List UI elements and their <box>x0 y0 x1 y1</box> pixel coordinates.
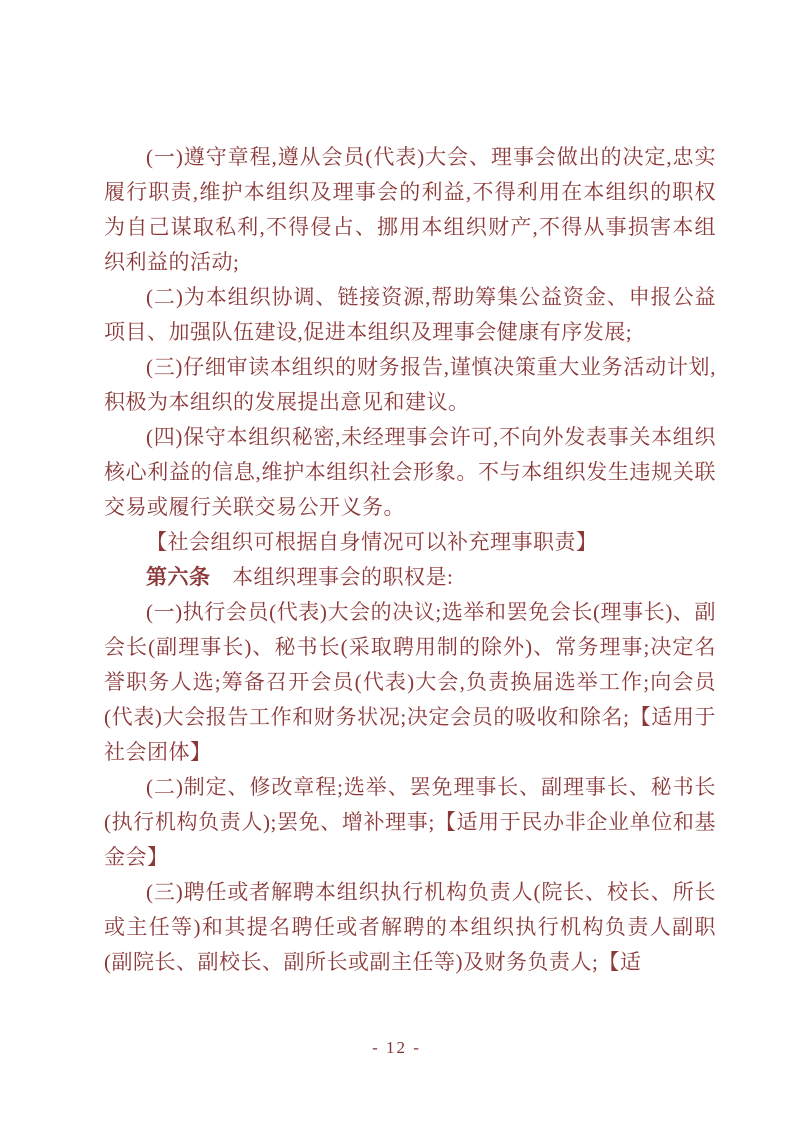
paragraph-duty-1: (一)遵守章程,遵从会员(代表)大会、理事会做出的决定,忠实履行职责,维护本组织… <box>104 140 716 280</box>
document-page: (一)遵守章程,遵从会员(代表)大会、理事会做出的决定,忠实履行职责,维护本组织… <box>0 0 793 1122</box>
paragraph-article-6: 第六条 本组织理事会的职权是: <box>104 560 716 595</box>
article-number: 第六条 <box>146 565 211 589</box>
article-title-text: 本组织理事会的职权是: <box>211 565 454 589</box>
paragraph-duty-2: (二)为本组织协调、链接资源,帮助筹集公益资金、申报公益项目、加强队伍建设,促进… <box>104 280 716 350</box>
page-number: - 12 - <box>0 1038 793 1058</box>
paragraph-duty-3: (三)仔细审读本组织的财务报告,谨慎决策重大业务活动计划,积极为本组织的发展提出… <box>104 350 716 420</box>
paragraph-power-1: (一)执行会员(代表)大会的决议;选举和罢免会长(理事长)、副会长(副理事长)、… <box>104 595 716 770</box>
paragraph-duty-4: (四)保守本组织秘密,未经理事会许可,不向外发表事关本组织核心利益的信息,维护本… <box>104 420 716 525</box>
paragraph-bracket-note: 【社会组织可根据自身情况可以补充理事职责】 <box>104 525 716 560</box>
document-text-block: (一)遵守章程,遵从会员(代表)大会、理事会做出的决定,忠实履行职责,维护本组织… <box>104 140 716 980</box>
paragraph-power-2: (二)制定、修改章程;选举、罢免理事长、副理事长、秘书长(执行机构负责人);罢免… <box>104 770 716 875</box>
paragraph-power-3: (三)聘任或者解聘本组织执行机构负责人(院长、校长、所长或主任等)和其提名聘任或… <box>104 875 716 980</box>
